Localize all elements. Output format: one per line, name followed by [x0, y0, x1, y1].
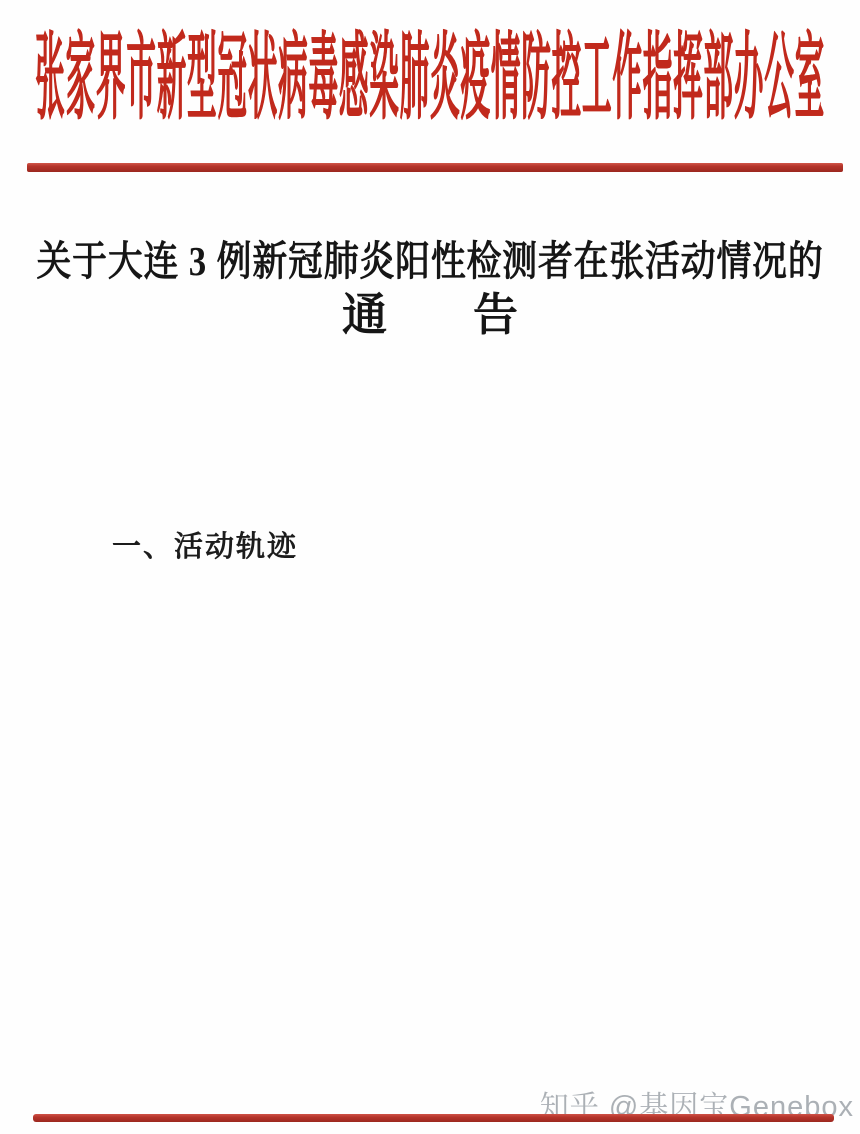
- section-heading: 一、活动轨迹: [55, 522, 820, 572]
- body-line: [55, 422, 820, 472]
- notice-page: { "colors": { "accent_red": "#c1291c", "…: [0, 0, 860, 1134]
- document-body: 一、活动轨迹: [55, 372, 820, 572]
- intro-paragraph: [55, 372, 820, 522]
- notice-title-line2: 通 告: [0, 291, 860, 339]
- notice-title-char-tong: 通: [342, 291, 387, 339]
- letterhead: 张家界市新型冠状病毒感染肺炎疫情防控工作指挥部办公室: [0, 26, 860, 130]
- body-line: [55, 372, 820, 422]
- letterhead-rule: [27, 163, 843, 172]
- letterhead-title: 张家界市新型冠状病毒感染肺炎疫情防控工作指挥部办公室: [35, 26, 825, 130]
- body-line: [55, 472, 820, 522]
- notice-title-text: 关于大连 3 例新冠肺炎阳性检测者在张活动情况的: [36, 228, 823, 287]
- notice-title-char-gao: 告: [473, 291, 518, 339]
- notice-title-line1: 关于大连 3 例新冠肺炎阳性检测者在张活动情况的: [0, 228, 860, 287]
- footer-rule: [33, 1114, 834, 1122]
